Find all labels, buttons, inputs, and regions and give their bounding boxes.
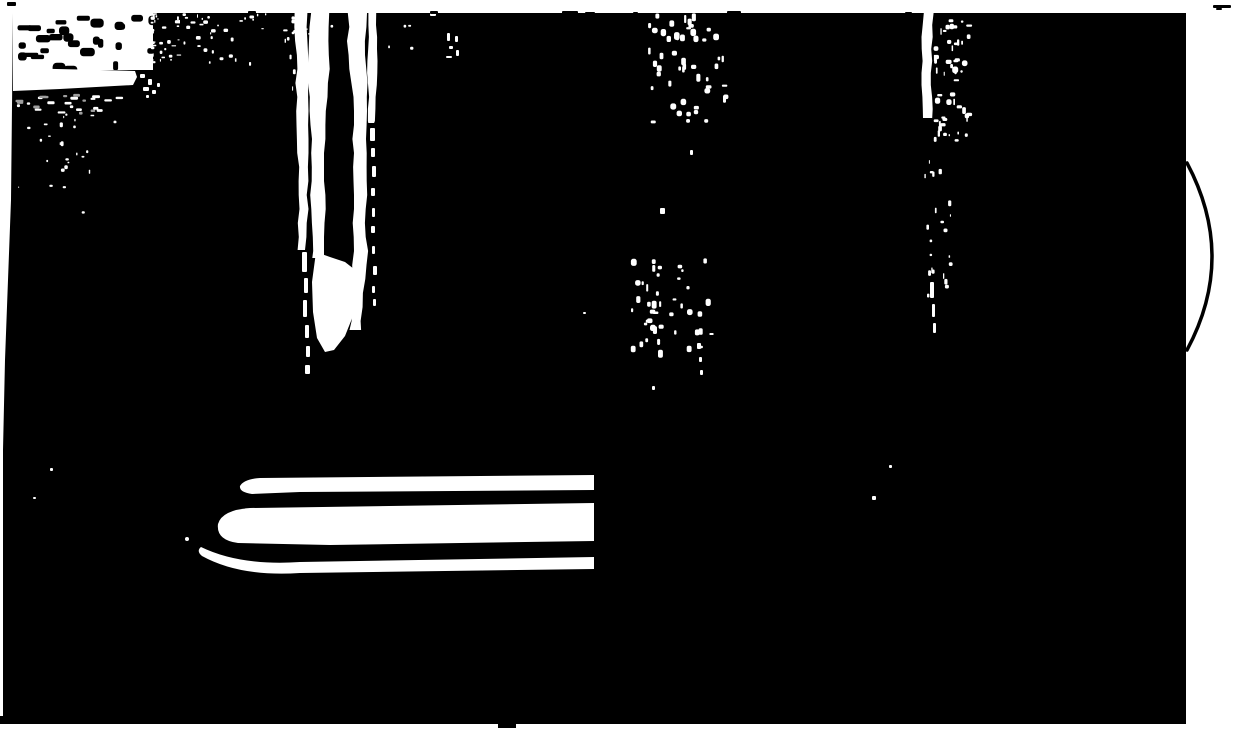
center-speckle-bottom (709, 333, 713, 335)
below-band-texture (39, 96, 47, 98)
center-speckle-bottom (706, 299, 711, 306)
dither-fade-speckles (183, 13, 187, 16)
right-streak-speckles (961, 41, 963, 45)
right-streak-speckles (947, 40, 951, 44)
center-speckle-top (702, 38, 706, 41)
left-sparse-dots (65, 114, 67, 116)
right-streak-sparse (940, 221, 944, 224)
dither-fade-speckles (191, 21, 196, 23)
dither-fade-speckles (160, 51, 163, 54)
center-speckle-top (657, 72, 661, 77)
center-speckle-bottom (631, 346, 636, 353)
right-streak-speckles (950, 64, 953, 68)
dither-black-squares (77, 16, 90, 21)
center-mid-dots (660, 208, 665, 214)
right-streak-sparse (931, 268, 932, 274)
dither-fade-speckles (196, 36, 201, 40)
center-speckle-top (648, 23, 651, 28)
right-streak-speckles (960, 70, 962, 73)
below-band-texture (91, 110, 96, 113)
left-trail-dots (73, 126, 76, 129)
below-band-texture (73, 94, 80, 97)
dither-fade-speckles (199, 24, 203, 26)
dither-fade-speckles (160, 59, 161, 62)
center-speckle-bottom (695, 329, 700, 335)
right-streak-sparse (950, 214, 951, 217)
center-speckle-bottom (652, 301, 657, 309)
pole-d-tail (371, 226, 375, 233)
right-streak-speckles (935, 98, 940, 104)
right-streak-speckles (934, 55, 939, 59)
dither-fade-speckles (207, 16, 210, 19)
right-streak-speckles (942, 118, 947, 121)
pole-a-tail (306, 346, 310, 357)
right-streak-speckles (934, 59, 937, 64)
right-streak-speckles (953, 69, 957, 73)
center-speckle-top (723, 95, 726, 103)
center-speckle-bottom (659, 301, 661, 307)
band-end-specks (143, 87, 149, 91)
dither-fade-speckles (265, 13, 266, 15)
dither-black-squares (116, 42, 122, 50)
center-speckle-top (706, 77, 709, 81)
dither-fade-speckles (178, 20, 180, 24)
below-band-texture (33, 106, 40, 109)
dither-fade-speckles (185, 17, 188, 19)
dither-black-squares (23, 53, 39, 57)
pole-flank-specks (287, 37, 290, 41)
pole-a-tail (304, 278, 308, 293)
dither-fade-speckles (249, 62, 251, 66)
dither-fade-speckles (244, 17, 246, 20)
center-speckle-top (680, 35, 685, 42)
top-edge-ticks (248, 11, 256, 14)
center-speckle-top (672, 51, 677, 56)
dither-fade-speckles (177, 16, 179, 20)
dither-fade-speckles (239, 20, 243, 22)
center-speckle-bottom (635, 280, 641, 286)
band-end-specks (148, 79, 152, 85)
right-streak-speckles (954, 79, 959, 81)
center-speckle-bottom (687, 309, 693, 315)
right-streak-speckles (957, 105, 962, 108)
right-streak-speckles (952, 25, 957, 28)
center-speckle-bottom (647, 302, 651, 307)
center-speckle-bottom (642, 281, 644, 285)
center-speckle-top (678, 66, 681, 70)
left-sparse-dots (86, 150, 88, 153)
left-sparse-dots (82, 156, 85, 158)
top-edge-ticks (562, 11, 578, 14)
top-right-dash (1213, 5, 1231, 8)
center-speckle-top (693, 36, 698, 43)
dither-fade-speckles (156, 15, 158, 17)
right-streak-speckles (934, 137, 937, 142)
center-speckle-bottom (673, 298, 677, 300)
below-band-texture (58, 111, 66, 113)
left-trail-dots (63, 116, 64, 118)
below-band-texture (70, 97, 78, 100)
right-streak-sparse (939, 169, 942, 174)
dither-black-squares (68, 40, 80, 47)
pole-a-tail (303, 300, 307, 317)
dither-fade-speckles (211, 36, 213, 39)
center-speckle-top (668, 81, 671, 87)
dither-black-squares (18, 25, 32, 30)
left-sparse-dots (63, 186, 66, 188)
below-band-texture (47, 101, 54, 104)
stray-dot (185, 537, 189, 541)
dither-sparse-speckles (331, 25, 334, 28)
band-end-specks (140, 74, 145, 78)
tick-cluster (446, 56, 452, 58)
right-streak-sparse (928, 270, 931, 276)
dither-fade-speckles (203, 20, 208, 24)
center-mid-dots (652, 386, 655, 390)
dither-fade-speckles (197, 14, 198, 18)
dither-black-squares (36, 35, 51, 42)
pole-d-tail (372, 208, 375, 217)
pole-a-tail (302, 252, 307, 272)
pole-d-tail (371, 188, 375, 196)
center-mid-dots (697, 343, 701, 349)
center-speckle-bottom (657, 273, 660, 277)
left-sparse-dots (91, 115, 95, 117)
center-speckle-bottom (653, 326, 657, 334)
stray-specks (50, 468, 53, 471)
center-speckle-top (670, 103, 676, 109)
center-speckle-top (694, 106, 699, 110)
dither-sparse-speckles (408, 25, 411, 27)
center-speckle-top (713, 34, 719, 41)
center-speckle-bottom (652, 259, 656, 264)
pole-flank-specks (285, 39, 286, 43)
center-speckle-bottom (678, 265, 683, 269)
pole-d-tail (372, 246, 375, 254)
dither-fade-speckles (151, 59, 153, 61)
main-black-field (0, 13, 1186, 724)
below-band-texture (82, 100, 86, 102)
center-speckle-top (669, 20, 674, 26)
left-sparse-dots (114, 121, 117, 124)
center-speckle-bottom (687, 346, 692, 352)
left-sparse-dots (18, 187, 19, 188)
center-speckle-top (696, 74, 700, 82)
right-streak-sparse (926, 225, 929, 230)
center-speckle-top (691, 65, 696, 69)
tick-cluster (455, 36, 458, 42)
center-speckle-top (692, 13, 696, 21)
dither-fade-speckles (197, 45, 200, 47)
pole-flank-specks (292, 16, 295, 19)
pole-d-tail (373, 266, 377, 275)
right-streak-sparse (927, 294, 929, 298)
dither-fade-speckles (177, 25, 180, 27)
dither-fade-speckles (167, 40, 171, 44)
center-speckle-top (715, 64, 719, 70)
right-streak-line (930, 282, 934, 298)
below-band-texture (17, 104, 20, 107)
dither-fade-speckles (157, 18, 158, 19)
right-streak-sparse (930, 254, 933, 256)
dither-fade-speckles (211, 29, 216, 32)
center-speckle-top (690, 29, 696, 36)
right-streak-sparse (930, 240, 933, 243)
left-sparse-dots (27, 127, 30, 129)
center-speckle-top (688, 24, 693, 28)
right-streak-speckles (938, 130, 940, 137)
center-speckle-bottom (647, 318, 653, 323)
dither-black-squares (59, 26, 69, 35)
dither-fade-speckles (169, 55, 173, 58)
dither-fade-speckles (212, 50, 214, 54)
center-speckle-top (722, 56, 724, 62)
dither-sparse-speckles (388, 46, 390, 49)
center-speckle-bottom (656, 291, 659, 296)
dither-black-squares (98, 39, 103, 48)
below-band-texture (93, 107, 98, 110)
top-right-dash (1216, 8, 1222, 10)
left-sparse-dots (46, 160, 48, 162)
dither-fade-speckles (170, 59, 172, 61)
dither-fade-speckles (186, 26, 190, 29)
pole-flank-specks (290, 55, 292, 60)
center-speckle-top (667, 36, 671, 42)
top-edge-ticks (430, 11, 438, 14)
dither-fade-speckles (162, 26, 167, 28)
center-speckle-top (661, 29, 666, 36)
center-speckle-top (686, 119, 690, 123)
top-edge-ticks (7, 2, 16, 6)
tick-cluster (447, 33, 450, 41)
center-mid-dots (690, 150, 693, 155)
dither-fade-speckles (151, 22, 154, 24)
right-streak-speckles (936, 68, 938, 74)
right-streak-speckles (967, 34, 971, 39)
pole-a-tail (305, 365, 310, 374)
dither-black-squares (40, 48, 49, 53)
stray-specks (583, 312, 586, 314)
right-streak-speckles (937, 94, 942, 96)
stray-specks (33, 497, 36, 499)
binarized-photo (0, 0, 1240, 732)
center-speckle-top (651, 86, 654, 90)
right-streak-speckles (950, 92, 955, 96)
dither-block-base (13, 13, 153, 70)
right-streak-sparse (943, 273, 944, 279)
tick-cluster (449, 46, 453, 49)
dither-fade-speckles (150, 31, 151, 34)
center-speckle-top (660, 53, 664, 60)
center-speckle-top (684, 15, 686, 23)
center-speckle-bottom (653, 312, 659, 315)
center-speckle-top (655, 14, 659, 19)
right-streak-speckles (952, 45, 954, 51)
dither-fade-speckles (154, 20, 155, 23)
center-speckle-top (704, 119, 708, 123)
right-streak-sparse (944, 279, 947, 285)
dither-fade-speckles (151, 29, 154, 32)
right-streak-line (932, 304, 935, 317)
dither-sparse-speckles (404, 25, 407, 28)
right-streak-speckles (953, 99, 955, 105)
center-speckle-bottom (703, 258, 707, 263)
dither-fade-speckles (151, 61, 156, 63)
right-streak-speckles (940, 123, 945, 126)
right-streak-speckles (946, 25, 950, 30)
right-streak-line (933, 323, 936, 333)
dither-fade-speckles (283, 29, 287, 31)
center-speckle-bottom (644, 323, 647, 326)
right-streak-speckles (965, 133, 968, 137)
dither-fade-speckles (261, 28, 264, 29)
dither-black-squares (113, 61, 118, 70)
right-streak-sparse (929, 160, 930, 164)
dither-fade-speckles (164, 48, 166, 50)
left-sparse-dots (61, 169, 65, 172)
left-sparse-dots (64, 165, 68, 169)
center-speckle-top (677, 111, 682, 117)
right-streak-speckles (934, 46, 939, 51)
center-speckle-bottom (674, 330, 676, 334)
dither-fade-speckles (220, 57, 224, 60)
dither-fade-speckles (153, 14, 155, 18)
right-streak-speckles (939, 121, 940, 127)
left-sparse-dots (49, 185, 53, 187)
right-streak-sparse (945, 285, 949, 289)
center-speckle-bottom (658, 350, 663, 358)
center-speckle-top (652, 28, 658, 34)
dither-fade-speckles (151, 47, 155, 50)
below-band-texture (70, 105, 74, 108)
center-speckle-bottom (659, 325, 664, 329)
left-sparse-dots (89, 170, 90, 174)
right-streak-speckles (943, 30, 947, 32)
center-speckle-top (718, 57, 721, 61)
top-edge-ticks (727, 11, 741, 14)
right-streak-sparse (949, 262, 953, 266)
below-band-texture (76, 108, 82, 111)
stripe-middle (218, 503, 594, 545)
center-speckle-bottom (677, 277, 681, 280)
right-streak-speckles (954, 43, 959, 46)
right-streak-sparse (944, 229, 948, 233)
band-end-specks (152, 90, 156, 94)
dither-fade-speckles (210, 32, 211, 34)
band-end-specks (157, 83, 160, 87)
pole-d-tail (372, 286, 375, 293)
center-speckle-bottom (652, 265, 655, 272)
left-trail-dots (65, 158, 68, 160)
dither-fade-speckles (224, 29, 229, 32)
dither-fade-speckles (202, 18, 203, 20)
dither-fade-speckles (217, 25, 219, 27)
dither-fade-speckles (249, 16, 254, 19)
tick-cluster (456, 50, 459, 56)
right-streak-speckles (955, 139, 959, 142)
left-sparse-dots (40, 139, 42, 142)
right-streak-speckles (949, 134, 950, 136)
center-mid-dots (700, 370, 703, 375)
center-speckle-bottom (645, 338, 648, 342)
dither-black-squares (56, 20, 67, 24)
dither-black-squares (49, 34, 63, 40)
below-band-texture (104, 99, 112, 101)
left-sparse-dots (68, 162, 70, 164)
dither-black-squares (131, 15, 143, 22)
center-speckle-bottom (680, 303, 683, 308)
top-edge-ticks (585, 12, 595, 14)
center-speckle-top (648, 48, 651, 55)
center-speckle-bottom (686, 286, 689, 289)
dither-fade-speckles (209, 61, 211, 64)
right-streak-sparse (949, 255, 951, 257)
dither-fade-speckles (231, 38, 234, 42)
lens-arc (1187, 163, 1212, 350)
dither-fade-speckles (204, 48, 208, 52)
dither-fade-speckles (257, 14, 258, 17)
pole-d-tail (371, 148, 375, 157)
center-speckle-top (681, 99, 687, 105)
right-streak-sparse (948, 200, 951, 206)
center-speckle-bottom (646, 284, 648, 291)
dither-fade-speckles (177, 55, 182, 56)
below-band-texture (63, 95, 67, 97)
right-streak-sparse (935, 208, 937, 213)
bottom-band-notch (498, 722, 516, 728)
dither-fade-speckles (159, 42, 163, 45)
dither-black-squares (47, 29, 55, 34)
right-streak-speckles (966, 25, 972, 27)
center-speckle-top (686, 112, 691, 117)
dither-fade-speckles (178, 39, 180, 40)
below-band-texture (35, 109, 42, 111)
left-trail-dots (76, 153, 77, 156)
top-edge-ticks (633, 12, 638, 14)
center-speckle-bottom (631, 259, 637, 266)
dither-fade-speckles (252, 19, 254, 21)
center-speckle-bottom (698, 311, 703, 317)
center-speckle-top (707, 28, 711, 32)
right-streak-speckles (953, 60, 958, 63)
left-sparse-dots (44, 124, 48, 126)
stray-specks (889, 465, 892, 468)
dither-fade-speckles (172, 45, 177, 46)
below-band-texture (92, 95, 100, 98)
below-band-texture (79, 112, 83, 115)
center-speckle-top (651, 121, 656, 124)
below-band-texture (17, 102, 23, 104)
center-speckle-top (722, 85, 727, 87)
left-sparse-dots (82, 211, 85, 213)
dither-fade-speckles (150, 41, 155, 44)
below-band-texture (65, 102, 72, 105)
center-speckle-top (683, 64, 687, 70)
below-band-texture (116, 97, 124, 99)
left-trail-dots (74, 119, 75, 122)
center-speckle-bottom (658, 266, 662, 270)
right-streak-speckles (961, 21, 964, 23)
center-speckle-top (657, 65, 662, 71)
pole-flank-specks (292, 86, 293, 90)
right-streak-speckles (946, 60, 952, 64)
left-trail-dots (60, 122, 63, 127)
center-speckle-bottom (636, 296, 640, 303)
dither-black-squares (90, 19, 103, 28)
dither-fade-speckles (162, 57, 166, 59)
dither-sparse-speckles (410, 47, 413, 50)
center-speckle-bottom (681, 269, 683, 272)
